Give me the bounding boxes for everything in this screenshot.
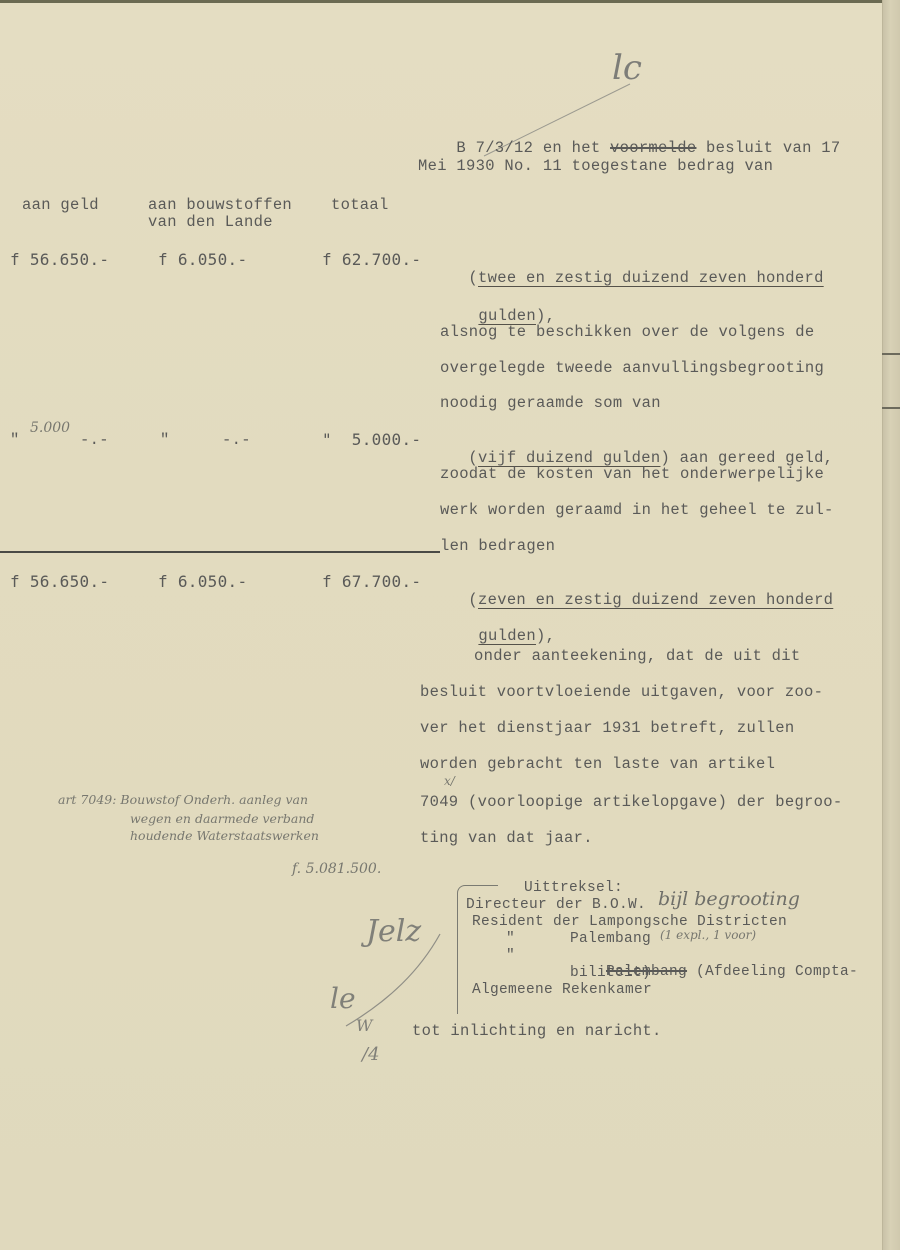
paragraph3-line6: ting van dat jaar. <box>420 829 593 847</box>
signature-stroke-icon <box>340 930 450 1030</box>
document-page: lc B 7/3/12 en het voormelde besluit van… <box>0 0 882 1250</box>
paren: ), <box>536 627 555 645</box>
distribution-line1: Directeur der B.O.W. <box>466 897 646 913</box>
row3-totaal: f 67.700.- <box>322 573 421 591</box>
row3-bouwstoffen: f 6.050.- <box>158 573 247 591</box>
paragraph1-line3: noodig geraamde som van <box>440 394 661 412</box>
row2-bouwstoffen-value: -.- <box>222 431 251 449</box>
amount-in-words: zeven en zestig duizend zeven honderd <box>478 591 833 609</box>
row3-geld: f 56.650.- <box>10 573 109 591</box>
paragraph1-line1: alsnog te beschikken over de volgens de <box>440 323 814 341</box>
column-header-bouwstoffen-sub: van den Lande <box>148 213 273 231</box>
article-mark: x/ <box>444 774 455 788</box>
margin-note-amount: f. 5.081.500. <box>292 861 381 877</box>
column-header-totaal: totaal <box>331 196 389 214</box>
margin-note-line1: art 7049: Bouwstof Onderh. aanleg van <box>58 792 308 807</box>
margin-note-line3: houdende Waterstaatswerken <box>130 828 319 843</box>
paraaf-4: /4 <box>362 1044 380 1065</box>
scan-right-edge <box>882 0 900 1250</box>
amount-in-words: twee en zestig duizend zeven honderd <box>478 269 824 287</box>
paragraph1-line2: overgelegde tweede aanvullingsbegrooting <box>440 359 824 377</box>
amount-in-words: gulden <box>478 627 536 645</box>
row2-geld-suffix: -.- <box>80 431 109 449</box>
row1-geld: f 56.650.- <box>10 251 109 269</box>
row1-totaal: f 62.700.- <box>322 251 421 269</box>
paragraph3-line4: worden gebracht ten laste van artikel <box>420 755 775 773</box>
paragraph2-line3: len bedragen <box>440 537 555 555</box>
paren: ( <box>468 269 478 287</box>
header-line-2: Mei 1930 No. 11 toegestane bedrag van <box>418 157 773 175</box>
paren: ( <box>468 591 478 609</box>
distribution-line4-ditto: " <box>506 948 515 964</box>
distribution-hand-note-1: bijl begrooting <box>658 888 800 910</box>
margin-note-line2: wegen en daarmede verband <box>130 811 314 826</box>
paragraph3-line1: onder aanteekening, dat de uit dit <box>474 647 800 665</box>
column-header-bouwstoffen: aan bouwstoffen <box>148 196 292 214</box>
column-header-geld: aan geld <box>22 196 99 214</box>
distribution-line3-ditto: " <box>506 931 515 947</box>
header-text: besluit van 17 <box>696 139 840 157</box>
edge-mark <box>882 407 900 409</box>
paragraph2-line1: zoodat de kosten van het onderwerpelijke <box>440 465 824 483</box>
distribution-title: Uittreksel: <box>524 880 623 896</box>
header-text: B 7/3/12 en het <box>456 139 610 157</box>
distribution-line6: Algemeene Rekenkamer <box>472 982 652 998</box>
row2-geld-ditto: " <box>10 431 20 449</box>
struck-word: voormelde <box>610 139 696 157</box>
paragraph3-line5: 7049 (voorloopige artikelopgave) der beg… <box>420 793 842 811</box>
paragraph2-line2: werk worden geraamd in het geheel te zul… <box>440 501 834 519</box>
distribution-text: (Afdeeling Compta- <box>687 964 858 980</box>
scan-top-edge <box>0 0 900 3</box>
row2-bouwstoffen-ditto: " <box>160 431 170 449</box>
paragraph3-line2: besluit voortvloeiende uitgaven, voor zo… <box>420 683 823 701</box>
edge-mark <box>882 353 900 355</box>
row2-geld-handwritten: 5.000 <box>30 420 70 436</box>
distribution-hand-note-2: (1 expl., 1 voor) <box>660 928 756 942</box>
sum-rule <box>0 551 440 553</box>
row1-bouwstoffen: f 6.050.- <box>158 251 247 269</box>
paragraph3-line3: ver het dienstjaar 1931 betreft, zullen <box>420 719 794 737</box>
row2-totaal: " 5.000.- <box>322 431 421 449</box>
distribution-line5: biliteit) <box>570 965 651 981</box>
distribution-line3: Palembang <box>570 931 651 947</box>
